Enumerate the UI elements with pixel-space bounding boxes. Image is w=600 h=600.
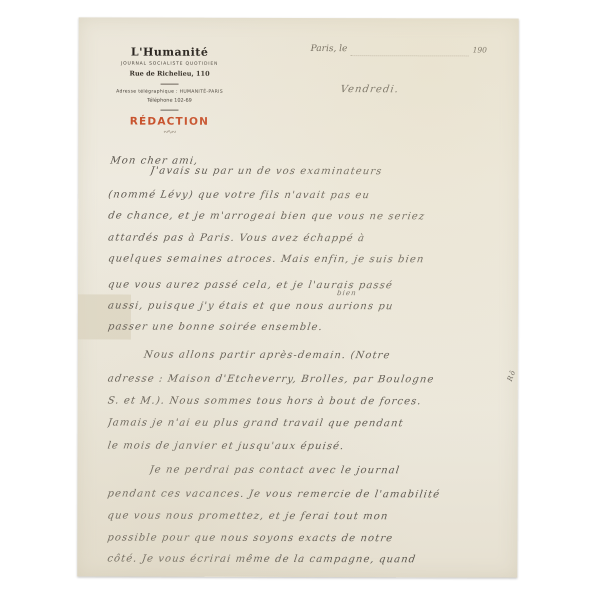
letter-sheet: L'Humanité JOURNAL SOCIALISTE QUOTIDIEN … [77,17,518,577]
letterhead: L'Humanité JOURNAL SOCIALISTE QUOTIDIEN … [84,45,254,135]
telephone-number: Téléphone 102-69 [85,97,255,103]
letter-line: possible pour que nous soyons exacts de … [107,533,484,545]
telegraph-address: Adresse télégraphique : HUMANITÉ-PARIS [85,89,255,94]
letter-line: pendant ces vacances. Je vous remercie d… [107,489,509,501]
letter-day: Vendredi. [340,84,400,95]
newspaper-name: L'Humanité [85,45,255,58]
department-label: RÉDACTION [84,115,254,127]
letter-line: que vous aurez passé cela, et je l'aurai… [107,280,509,292]
letter-line: Nous allons partir après-demain. (Notre [143,350,525,362]
date-rule [351,55,469,56]
date-place: Paris, le [311,44,348,54]
date-year: 190 [473,45,487,54]
letter-line: aussi, puisque j'y étais et que nous aur… [107,301,499,313]
letter-line: S. et M.). Nous sommes tous hors à bout … [107,396,504,408]
dateline: Paris, le 190 [311,44,511,59]
letter-body: J'avais su par un de vos examinateurs(no… [79,17,519,18]
letter-line: que vous nous promettez, et je ferai tou… [107,511,479,523]
letter-line: le mois de janvier et jusqu'aux épuisé. [107,441,419,453]
margin-note: Rô [506,369,518,383]
letter-line: passer une bonne soirée ensemble. [107,322,379,334]
letter-line: Je ne perdrai pas contact avec le journa… [149,465,441,477]
letter-line: (nommé Lévy) que votre fils n'avait pas … [107,190,489,202]
interlinear-note: bien [336,289,357,297]
letter-line: de chance, et je m'arrogeai bien que vou… [107,211,494,223]
letter-line: adresse : Maison d'Etcheverry, Brolles, … [107,374,504,386]
newspaper-tagline: JOURNAL SOCIALISTE QUOTIDIEN [85,61,255,66]
letter-line: attardés pas à Paris. Vous avez échappé … [107,233,459,245]
letter-line: quelques semaines atroces. Mais enfin, j… [107,254,504,266]
divider [161,84,179,85]
letter-line: côté. Je vous écrirai même de la campagn… [107,554,499,566]
letter-line: Jamais je n'ai eu plus grand travail que… [107,418,499,430]
ornament-icon: ∾∿∾ [84,128,254,135]
divider [160,110,178,111]
letter-line: J'avais su par un de vos examinateurs [150,166,482,178]
newspaper-address: Rue de Richelieu, 110 [85,69,255,77]
